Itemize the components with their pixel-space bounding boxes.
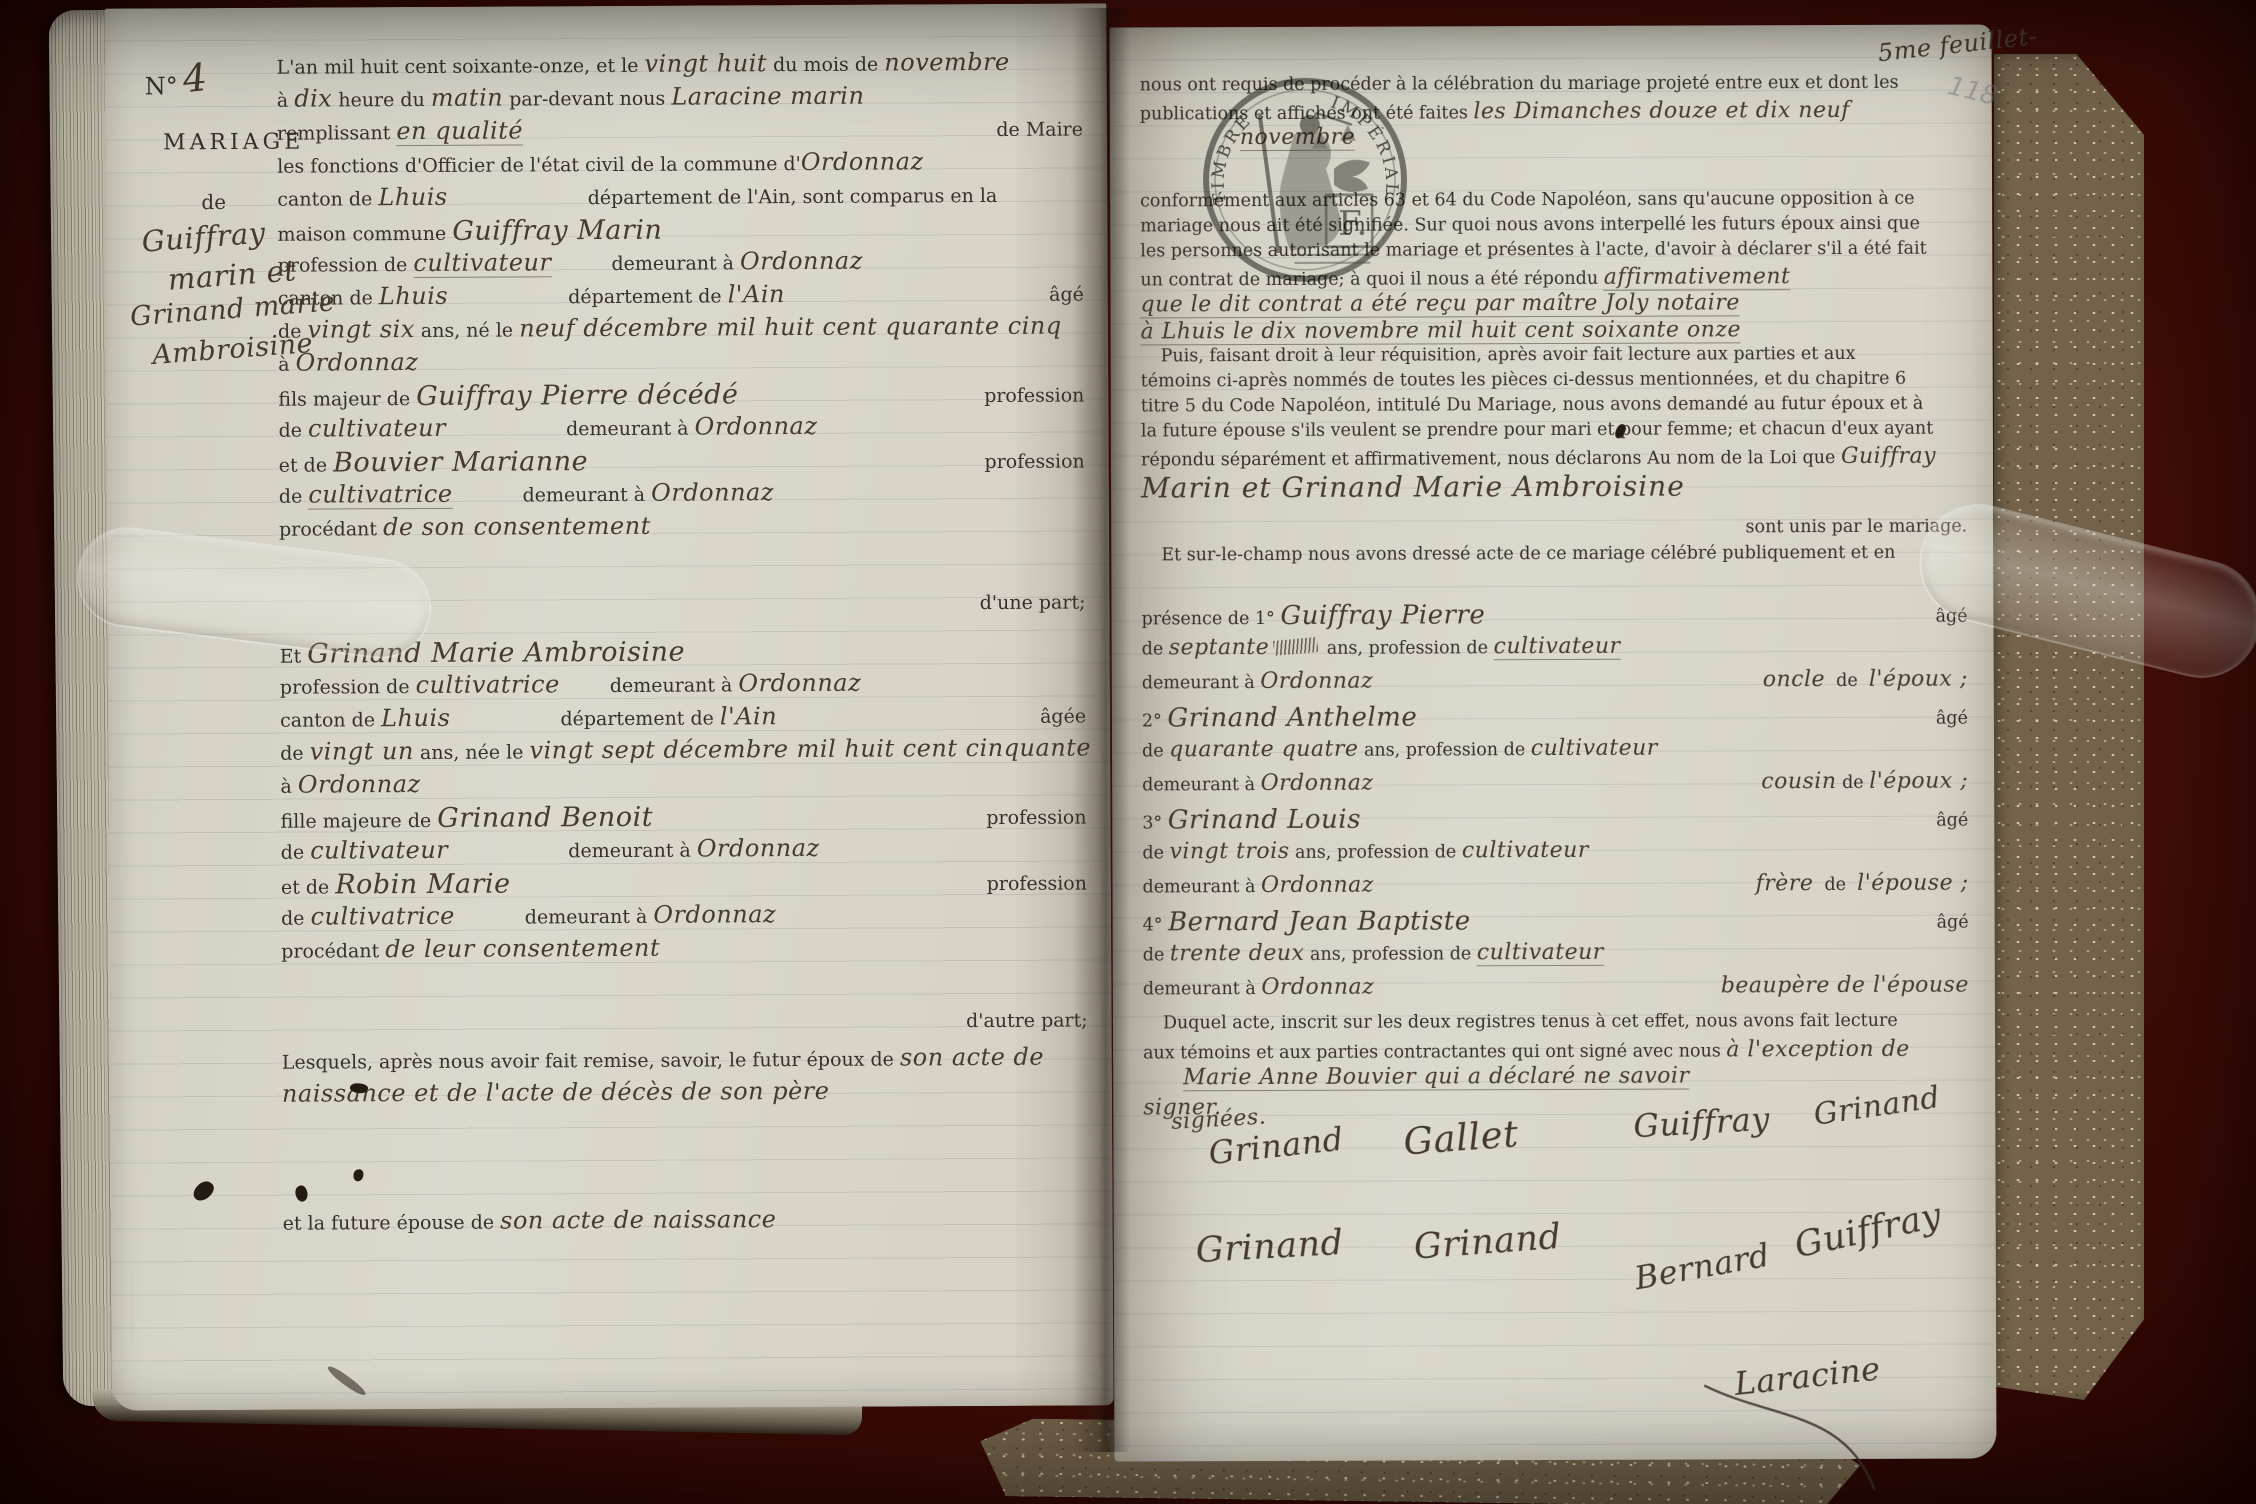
printed-label: N° [145, 72, 178, 100]
printed-text: 4° [1143, 915, 1169, 935]
registry-book-photo: N°4MARIAGEdeGuiffraymarin etGrinand mari… [0, 0, 2256, 1504]
handwritten-text: septante [1169, 635, 1269, 660]
printed-text: de [1143, 945, 1170, 965]
handwritten-text: novembre [884, 48, 1010, 77]
printed-text: demeurant à [566, 418, 695, 441]
text-line: de vingt un ans, née le vingt sept décem… [280, 734, 1086, 771]
printed-text: demeurant à [522, 484, 651, 507]
printed-text: profession [987, 873, 1087, 896]
printed-text: à [280, 776, 297, 798]
printed-text: Puis, faisant droit à leur réquisition, … [1161, 344, 1856, 366]
printed-text: âgé [1936, 709, 1968, 729]
printed-text: ans, profession de [1304, 944, 1476, 965]
printed-text: ans, née le [414, 741, 530, 764]
handwritten-text: cultivateur [308, 414, 446, 443]
text-line: à Ordonnaz [280, 767, 1086, 804]
text-line: de cultivatricedemeurant à Ordonnaz [281, 898, 1087, 935]
handwritten-text: cultivateur [1462, 838, 1589, 863]
text-line: et la future épouse de son acte de naiss… [283, 1203, 1089, 1240]
printed-text: de Maire [996, 119, 1083, 141]
printed-text: de [1825, 671, 1869, 691]
text-line: demeurant à Ordonnazfrère de l'épouse ; [1142, 871, 1968, 908]
handwritten-text: trente deux [1170, 941, 1305, 966]
text-line: présence de 1° Guiffray Pierreâgé [1142, 599, 1968, 636]
handwritten-text: Robin Marie [335, 869, 510, 901]
handwritten-text: cultivatrice [416, 670, 560, 699]
ink-blots-left [104, 3, 1106, 8]
handwritten-text: Marin et Grinand Marie Ambroisine [1141, 470, 1685, 505]
text-line: titre 5 du Code Napoléon, intitulé Du Ma… [1141, 394, 1967, 422]
text-line: remplissant en qualitéde Maire [277, 114, 1083, 151]
printed-text: Lesquels, après nous avoir fait remise, … [282, 1048, 900, 1073]
text-line: de vingt trois ans, profession de cultiv… [1142, 837, 1968, 874]
handwritten-text: Guiffray Pierre décédé [416, 379, 738, 412]
text-line: à dix heure du matin par-devant nous Lar… [277, 81, 1083, 118]
text-line: fille majeure de Grinand Benoitprofessio… [281, 800, 1087, 837]
printed-text: profession de [280, 676, 416, 699]
printed-text: ans, né le [415, 319, 519, 342]
text-line: profession de cultivatricedemeurant à Or… [280, 668, 1086, 705]
printed-text: département de [568, 285, 728, 308]
handwritten-text: affirmativement [1604, 264, 1791, 291]
handwritten-text: Lhuis [381, 704, 450, 732]
handwritten-label: Bernard [1632, 1236, 1773, 1298]
handwritten-text: son acte de [900, 1043, 1044, 1072]
printed-text: présence de 1° [1142, 609, 1281, 629]
handwritten-text: l'époux ; [1869, 769, 1968, 794]
handwritten-text: vingt six [307, 315, 415, 344]
printed-text: ans, profession de [1289, 842, 1461, 863]
printed-text: titre 5 du Code Napoléon, intitulé Du Ma… [1141, 394, 1923, 417]
handwritten-text: cultivateur [1494, 634, 1621, 660]
handwritten-text: l'épouse [1873, 973, 1969, 998]
text-line: de cultivateurdemeurant à Ordonnaz [278, 411, 1084, 448]
line-right-group: âgé [1937, 913, 1969, 933]
text-line: Duquel acte, inscrit sur les deux regist… [1143, 1011, 1969, 1040]
text-line: sont unis par le mariage. [1141, 517, 1967, 546]
left-page: N°4MARIAGEdeGuiffraymarin etGrinand mari… [104, 3, 1113, 1410]
text-line: Marin et Grinand Marie Ambroisine [1141, 469, 1967, 505]
line-right-group: profession [987, 873, 1087, 896]
handwritten-text: à l'exception de [1726, 1037, 1910, 1063]
printed-text: maison commune [277, 223, 452, 246]
text-line: demeurant à Ordonnazcousin de l'époux ; [1142, 769, 1968, 806]
line-right-group: âgé [1936, 709, 1968, 729]
line-right-group: beaupère de l'épouse [1721, 973, 1969, 999]
handwritten-label: Grinand [1412, 1217, 1562, 1268]
line-right-group: profession [984, 451, 1084, 474]
printed-text: Duquel acte, inscrit sur les deux regist… [1163, 1011, 1898, 1034]
text-line: à Ordonnaz [278, 345, 1084, 382]
text-line: canton de Lhuisdépartement de l'Ainâgée [280, 701, 1086, 738]
handwritten-text: Ordonnaz [653, 900, 776, 929]
printed-text: demeurant à [610, 674, 739, 697]
line-right-group: oncle de l'époux ; [1763, 667, 1968, 693]
spacer [448, 857, 568, 858]
handwritten-label: Guiffray [140, 216, 266, 259]
handwritten-text: Ordonnaz [1261, 975, 1374, 1000]
printed-text: de [1836, 773, 1869, 793]
printed-text: 3° [1142, 813, 1168, 833]
handwritten-text: cultivatrice [308, 480, 452, 510]
spacer [448, 204, 588, 205]
printed-text: d'autre part; [966, 1009, 1088, 1032]
text-line: Marie Anne Bouvier qui a déclaré ne savo… [1143, 1063, 1969, 1096]
ink-blots-right [1109, 24, 1991, 27]
handwritten-text: Bouvier Marianne [333, 446, 588, 478]
printed-text: et de [281, 876, 335, 898]
handwritten-text: cultivateur [310, 836, 448, 865]
text-line: de septante ans, profession de cultivate… [1142, 633, 1968, 670]
spacer [448, 303, 568, 304]
stamp-word-left-text: TIMBRE [1208, 110, 1256, 206]
eagle-icon [1334, 160, 1370, 192]
timbre-imperial-stamp: F. TIMBRE IMPÉRIAL [1198, 72, 1413, 287]
text-line: répondu séparément et affirmativement, n… [1141, 444, 1967, 472]
handwritten-text: Ordonnaz [738, 669, 861, 698]
printed-text: profession [984, 385, 1084, 408]
text-line: que le dit contrat a été reçu par maître… [1140, 290, 1966, 320]
line-right-group: frère de l'épouse ; [1756, 871, 1969, 897]
ink-blot [190, 1178, 216, 1205]
printed-text: par-devant nous [503, 88, 671, 111]
handwritten-text: Ordonnaz [295, 348, 418, 377]
stamp-letter: F. [1338, 204, 1367, 244]
handwritten-text: Grinand Louis [1168, 805, 1361, 836]
signature-block: signées.GrinandGalletGuiffrayGrinandGrin… [1109, 24, 1991, 27]
printed-text: procédant [279, 518, 383, 541]
printed-label: MARIAGE [163, 130, 304, 156]
printed-text: demeurant à [611, 252, 740, 275]
handwritten-text: Marie Anne Bouvier qui a déclaré ne savo… [1183, 1064, 1689, 1092]
handwritten-text: frère [1756, 871, 1814, 896]
printed-text: profession de [278, 254, 414, 277]
printed-text: L'an mil huit cent soixante-onze, et le [277, 55, 645, 79]
printed-text: âgé [1049, 284, 1084, 306]
text-line: canton de Lhuisdépartement de l'Ainâgé [278, 279, 1084, 316]
text-line: naissance et de l'acte de décès de son p… [282, 1075, 1088, 1112]
text-line: et de Bouvier Marianneprofession [279, 444, 1085, 481]
handwritten-text: l'épouse ; [1857, 871, 1968, 896]
printed-text: fils majeur de [278, 388, 416, 411]
printed-text: répondu séparément et affirmativement, n… [1141, 448, 1841, 470]
text-line: aux témoins et aux parties contractantes… [1143, 1037, 1969, 1066]
corner-annotations: 5me feuillet-118 [1109, 24, 1991, 27]
handwritten-text: l'Ain [728, 280, 785, 308]
handwritten-text: Ordonnaz [1260, 669, 1373, 694]
spacer [446, 435, 566, 436]
stamp-word-left: TIMBRE [1208, 110, 1256, 206]
text-line: Lesquels, après nous avoir fait remise, … [282, 1042, 1088, 1079]
signature-flourish [1674, 1365, 1914, 1496]
printed-text: âgé [1936, 811, 1968, 831]
printed-text: profession [984, 451, 1084, 474]
printed-text: demeurant à [1142, 877, 1261, 897]
printed-text: ans, profession de [1321, 638, 1493, 659]
text-line: de cultivatricedemeurant à Ordonnaz [279, 477, 1085, 514]
handwritten-label: Gallet [1402, 1112, 1520, 1163]
handwritten-text: matin [431, 84, 503, 112]
line-right-group: âgée [1040, 706, 1086, 728]
printed-text: la future épouse s'ils veulent se prendr… [1141, 419, 1933, 442]
handwritten-text: Ordonnaz [1261, 873, 1374, 898]
line-right-group: profession [984, 385, 1084, 408]
handwritten-text: de leur consentement [385, 934, 660, 963]
line-right-group: profession [986, 807, 1086, 830]
right-page: nous ont requis de procéder à la célébra… [1109, 24, 1996, 1461]
handwritten-label: 4 [180, 55, 209, 101]
text-line: de trente deux ans, profession de cultiv… [1143, 939, 1969, 976]
printed-text: procédant [281, 940, 385, 963]
printed-text: demeurant à [1142, 775, 1261, 795]
act-margin: N°4MARIAGEdeGuiffraymarin etGrinand mari… [104, 3, 1106, 8]
text-line: témoins ci-après nommés de toutes les pi… [1141, 369, 1967, 397]
printed-text: demeurant à [525, 906, 654, 929]
spacer [450, 725, 560, 726]
printed-text: heure du [332, 89, 431, 112]
handwritten-text: l'époux ; [1869, 667, 1968, 692]
printed-text: d'une part; [980, 592, 1086, 615]
handwritten-text: à Lhuis le dix novembre mil huit cent so… [1141, 317, 1741, 345]
text-line: 2° Grinand Anthelmeâgé [1142, 701, 1968, 738]
line-right-group: âgé [1936, 811, 1968, 831]
text-line: L'an mil huit cent soixante-onze, et le … [277, 48, 1083, 85]
handwritten-text: Guiffray Pierre [1280, 600, 1485, 631]
handwritten-text: cultivatrice [310, 902, 454, 931]
printed-text: de [1142, 639, 1169, 659]
printed-text: âgé [1937, 913, 1969, 933]
printed-text: âgée [1040, 706, 1086, 728]
handwritten-text: Lhuis [379, 282, 448, 310]
handwritten-text: l'Ain [720, 702, 777, 730]
printed-text: de [281, 908, 311, 930]
handwritten-text: Grinand Benoit [437, 802, 653, 834]
handwritten-text: Laracine marin [671, 82, 864, 111]
fore-edge-right [1994, 54, 2144, 1400]
handwritten-text: que le dit contrat a été reçu par maître… [1140, 290, 1739, 318]
handwritten-label: Guiffray [1791, 1196, 1945, 1267]
handwritten-text: beaupère de [1721, 973, 1873, 999]
printed-text: département de l'Ain, sont comparus en l… [588, 185, 998, 209]
text-line: la future épouse s'ils veulent se prendr… [1141, 419, 1967, 447]
handwritten-text: cultivateur [1477, 940, 1604, 966]
text-line: procédant de leur consentement [281, 931, 1087, 968]
handwritten-text: dix [294, 84, 332, 112]
handwritten-text: Bernard Jean Baptiste [1168, 906, 1471, 937]
handwritten-text: de son consentement [383, 512, 651, 541]
line-right-group: de Maire [996, 119, 1083, 141]
printed-text: profession [986, 807, 1086, 830]
printed-text: de [279, 486, 309, 508]
printed-text: de [278, 420, 308, 442]
handwritten-text: Grinand Anthelme [1167, 702, 1417, 733]
handwritten-text: vingt un [310, 737, 414, 766]
printed-text: demeurant à [1142, 673, 1261, 693]
handwritten-text: Ordonnaz [740, 247, 863, 276]
text-line: profession de cultivateurdemeurant à Ord… [278, 246, 1084, 283]
text-line: demeurant à Ordonnazbeaupère de l'épouse [1143, 973, 1969, 1010]
text-line: 4° Bernard Jean Baptisteâgé [1143, 905, 1969, 942]
handwritten-text: Ordonnaz [801, 147, 924, 176]
printed-text: de [1142, 741, 1169, 761]
text-line: de cultivateurdemeurant à Ordonnaz [281, 833, 1087, 870]
printed-text: aux témoins et aux parties contractantes… [1143, 1041, 1726, 1063]
handwritten-text: les Dimanches douze et dix neuf [1473, 98, 1850, 124]
handwritten-text: Ordonnaz [298, 770, 421, 799]
printed-label: de [201, 190, 226, 214]
text-line: fils majeur de Guiffray Pierre décédépro… [278, 378, 1084, 415]
handwritten-text: Ordonnaz [695, 412, 818, 441]
text-line: Et sur-le-champ nous avons dressé acte d… [1141, 543, 1967, 572]
handwritten-text: vingt huit [644, 49, 767, 78]
text-line: demeurant à Ordonnazoncle de l'époux ; [1142, 667, 1968, 704]
handwritten-text: Lhuis [378, 183, 447, 211]
handwritten-text: cultivateur [1531, 736, 1658, 761]
handwritten-text: Guiffray Marin [452, 215, 662, 247]
printed-text: canton de [280, 709, 381, 732]
line-right-group: d'une part; [980, 592, 1086, 615]
ink-scribble [1273, 637, 1318, 656]
handwritten-text: cousin [1761, 769, 1836, 794]
handwritten-text: neuf décembre mil huit cent quarante cin… [519, 312, 1062, 343]
printed-text: de [1813, 875, 1857, 895]
printed-text: Et sur-le-champ nous avons dressé acte d… [1161, 543, 1895, 566]
printed-text: fille majeure de [281, 810, 438, 833]
printed-text: demeurant à [568, 840, 697, 863]
handwritten-label: Guiffray [1632, 1100, 1770, 1146]
line-right-group: d'autre part; [966, 1009, 1088, 1032]
handwritten-text: Ordonnaz [1261, 771, 1374, 796]
ink-blot [326, 1363, 368, 1398]
handwritten-text: son acte de naissance [500, 1205, 776, 1234]
text-line: de vingt six ans, né le neuf décembre mi… [278, 312, 1084, 349]
handwritten-text: vingt trois [1169, 839, 1289, 864]
printed-text: du mois de [767, 54, 884, 77]
printed-text: canton de [277, 188, 378, 211]
line-right-group: cousin de l'époux ; [1761, 769, 1968, 795]
printed-text: témoins ci-après nommés de toutes les pi… [1141, 369, 1906, 392]
printed-text: de [280, 743, 310, 765]
handwritten-text: vingt sept décembre mil huit cent cinqua… [529, 733, 1091, 764]
handwritten-text: oncle [1763, 667, 1825, 692]
text-line: d'autre part; [282, 1009, 1088, 1046]
text-line: à Lhuis le dix novembre mil huit cent so… [1141, 317, 1967, 347]
text-line: les fonctions d'Officier de l'état civil… [277, 147, 1083, 184]
text-line: 3° Grinand Louisâgé [1142, 803, 1968, 840]
printed-text: à [277, 90, 294, 112]
text-line: canton de Lhuisdépartement de l'Ain, son… [277, 180, 1083, 217]
printed-text: ans, profession de [1358, 740, 1530, 761]
printed-text: les fonctions d'Officier de l'état civil… [277, 153, 801, 178]
printed-text: et de [279, 454, 333, 476]
handwritten-text: Ordonnaz [697, 834, 820, 863]
handwritten-text: cultivateur [413, 248, 551, 278]
handwritten-text: quarante quatre [1169, 737, 1358, 763]
printed-text: demeurant à [1143, 979, 1262, 999]
text-line: maison commune Guiffray Marin [277, 213, 1083, 250]
text-line: et de Robin Marieprofession [281, 866, 1087, 903]
handwritten-label: Grinand [1195, 1223, 1345, 1271]
printed-text: de [281, 842, 311, 864]
printed-text: de [1142, 843, 1169, 863]
printed-text: 2° [1142, 711, 1168, 731]
printed-text: département de [560, 707, 720, 730]
handwritten-text: Ordonnaz [651, 478, 774, 507]
handwritten-text: Guiffray [1841, 444, 1936, 469]
handwritten-text: en qualité [396, 116, 523, 146]
text-line: de quarante quatre ans, profession de cu… [1142, 735, 1968, 772]
text-line: Puis, faisant droit à leur réquisition, … [1141, 344, 1967, 372]
text-line: procédant de son consentement [279, 510, 1085, 547]
printed-text: Et [280, 646, 308, 668]
printed-text: et la future épouse de [283, 1212, 501, 1235]
line-right-group: âgé [1049, 284, 1084, 306]
